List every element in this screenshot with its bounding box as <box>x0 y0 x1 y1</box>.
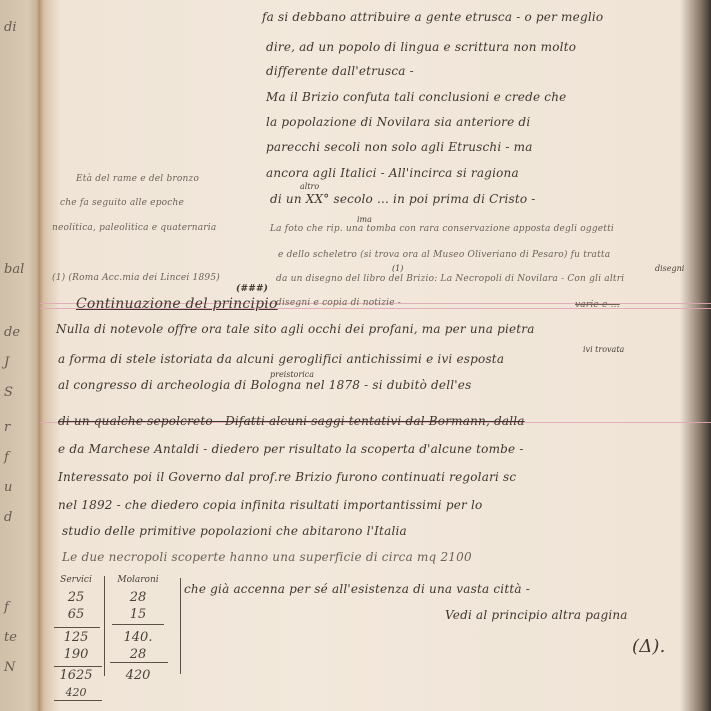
text-line: Interessato poi il Governo dal prof.re B… <box>58 470 516 484</box>
text-line: Ma il Brizio confuta tali conclusioni e … <box>266 90 566 104</box>
tally-subtotal: 125 <box>52 629 100 646</box>
struck-annotation: varie e ... <box>575 300 620 310</box>
sum-line <box>54 700 102 701</box>
text-line: nel 1892 - che diedero copia infinita ri… <box>58 498 482 512</box>
edge-fragment: bal <box>4 262 24 277</box>
margin-note: che fa seguito alle epoche <box>60 198 184 208</box>
edge-fragment: u <box>4 480 12 495</box>
edge-fragment: de <box>4 325 20 340</box>
superscript-insertion: altro <box>300 182 319 191</box>
footnote-ref: (1) <box>392 264 403 273</box>
text-line: parecchi secoli non solo agli Etruschi -… <box>266 140 533 154</box>
text-line: di un XX° secolo ... in poi prima di Cri… <box>270 192 536 206</box>
text-line: a forma di stele istoriata da alcuni ger… <box>58 352 504 366</box>
tally-value: 190 <box>52 646 100 663</box>
edge-fragment: d <box>4 510 12 525</box>
tally-total: 420 <box>108 667 168 684</box>
edge-fragment: di <box>4 20 16 35</box>
text-line: al congresso di archeologia di Bologna n… <box>58 378 471 392</box>
text-line: fa si debbano attribuire a gente etrusca… <box>262 10 603 24</box>
sum-line <box>54 627 100 628</box>
superscript-insertion: disegni <box>655 264 684 273</box>
tally-value: 65 <box>52 606 100 623</box>
sum-line <box>54 666 102 667</box>
tally-subtotal: 140. <box>108 629 168 646</box>
tally-value: 420 <box>52 684 100 701</box>
text-line: da un disegno del libro del Brizio: La N… <box>276 274 624 284</box>
edge-fragment: te <box>4 630 17 645</box>
column-header: Molaroni <box>108 572 168 589</box>
column-divider <box>104 576 105 676</box>
tally-column-molaroni: Molaroni 28 15 140. 28 420 <box>108 572 168 684</box>
text-line: Le due necropoli scoperte hanno una supe… <box>62 550 472 564</box>
sum-line <box>112 624 164 625</box>
text-line: La foto che rip. una tomba con rara cons… <box>270 224 614 234</box>
tally-column-servici: Servici 25 65 125 190 1625 420 <box>52 572 100 701</box>
edge-fragment: N <box>4 660 15 675</box>
bracket-line <box>180 578 181 674</box>
manuscript-page: di bal de J S r f u d f te N fa si debba… <box>0 0 711 711</box>
section-heading: Continuazione del principio <box>76 296 278 312</box>
struck-text-line: di un qualche sepolcreto - Difatti alcun… <box>58 414 525 428</box>
edge-fragment: f <box>4 600 9 615</box>
footnote: (1) (Roma Acc.mia dei Lincei 1895) <box>52 273 220 283</box>
superscript-insertion: ima <box>357 215 372 224</box>
stamp-mark: (###) <box>236 284 268 294</box>
margin-note: Età del rame e del bronzo <box>76 174 199 184</box>
text-line: Vedi al principio altra pagina <box>445 608 628 622</box>
margin-note: neolitica, paleolitica e quaternaria <box>52 223 216 233</box>
delta-mark: (Δ). <box>632 636 666 657</box>
text-line: che già accenna per sé all'esistenza di … <box>184 582 530 596</box>
edge-fragment: J <box>4 355 9 370</box>
tally-value: 25 <box>52 589 100 606</box>
sum-line <box>110 662 168 663</box>
tally-table: Servici 25 65 125 190 1625 420 Molaroni … <box>52 572 192 702</box>
text-line: studio delle primitive popolazioni che a… <box>62 524 407 538</box>
column-header: Servici <box>52 572 100 589</box>
text-line: Nulla di notevole offre ora tale sito ag… <box>56 322 535 336</box>
text-line: e dello scheletro (si trova ora al Museo… <box>278 250 610 260</box>
tally-total: 1625 <box>52 667 100 684</box>
text-line: differente dall'etrusca - <box>266 64 414 78</box>
tally-value: 15 <box>108 606 168 623</box>
text-line: ancora agli Italici - All'incirca si rag… <box>266 166 519 180</box>
edge-fragment: r <box>4 420 10 435</box>
text-line: e da Marchese Antaldi - diedero per risu… <box>58 442 524 456</box>
text-line: dire, ad un popolo di lingua e scrittura… <box>266 40 576 54</box>
tally-value: 28 <box>108 646 168 663</box>
binding-gutter <box>38 0 40 711</box>
edge-fragment: f <box>4 450 9 465</box>
superscript-insertion: ivi trovata <box>583 345 624 354</box>
text-line: la popolazione di Novilara sia anteriore… <box>266 115 530 129</box>
edge-fragment: S <box>4 385 13 400</box>
text-line: disegni e copia di notizie - <box>276 298 401 308</box>
tally-value: 28 <box>108 589 168 606</box>
